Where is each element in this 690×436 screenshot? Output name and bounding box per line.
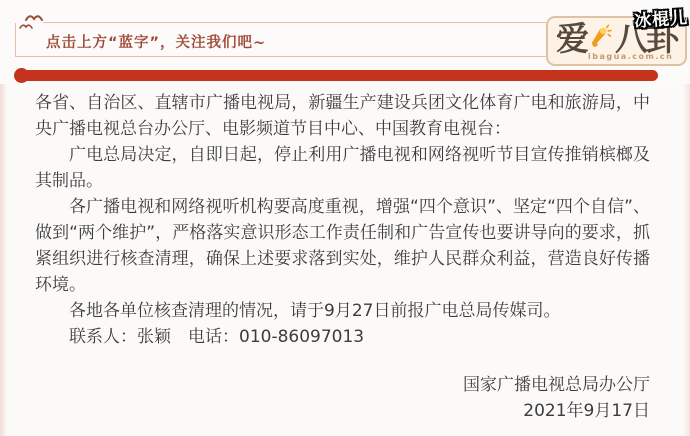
logo-char-left: 爱 [556,22,587,61]
signature-block: 国家广播电视总局办公厅 2021年9月17日 [35,372,650,424]
paragraph-requirements: 各广播电视和网络视听机构要高度重视，增强“四个意识”、坚定“四个自信”、做到“两… [35,194,650,298]
banner-header: 点击上方“蓝字”，关注我们吧~ 爱 八卦 ibagua.com.cn 冰棍儿 [0,0,690,84]
paragraph-report-deadline: 各地各单位核查清理的情况，请于9月27日前报广电总局传媒司。 [35,298,650,324]
paragraph-addressees: 各省、自治区、直辖市广播电视局，新疆生产建设兵团文化体育广电和旅游局，中央广播电… [35,90,650,142]
follow-banner-text[interactable]: 点击上方“蓝字”，关注我们吧~ [46,31,266,52]
paragraph-contact: 联系人：张颖 电话：010-86097013 [35,324,650,350]
red-divider-bar [20,70,658,81]
notice-document: 各省、自治区、直辖市广播电视局，新疆生产建设兵团文化体育广电和旅游局，中央广播电… [35,90,650,424]
paragraph-decision: 广电总局决定，自即日起，停止利用广播电视和网络视听节目宣传推销槟榔及其制品。 [35,142,650,194]
megaphone-icon [587,23,615,54]
uploader-watermark: 冰棍儿 [633,3,689,32]
logo-domain-text: ibagua.com.cn [588,52,673,61]
signature-date: 2021年9月17日 [35,398,650,424]
signature-org: 国家广播电视总局办公厅 [35,372,650,398]
